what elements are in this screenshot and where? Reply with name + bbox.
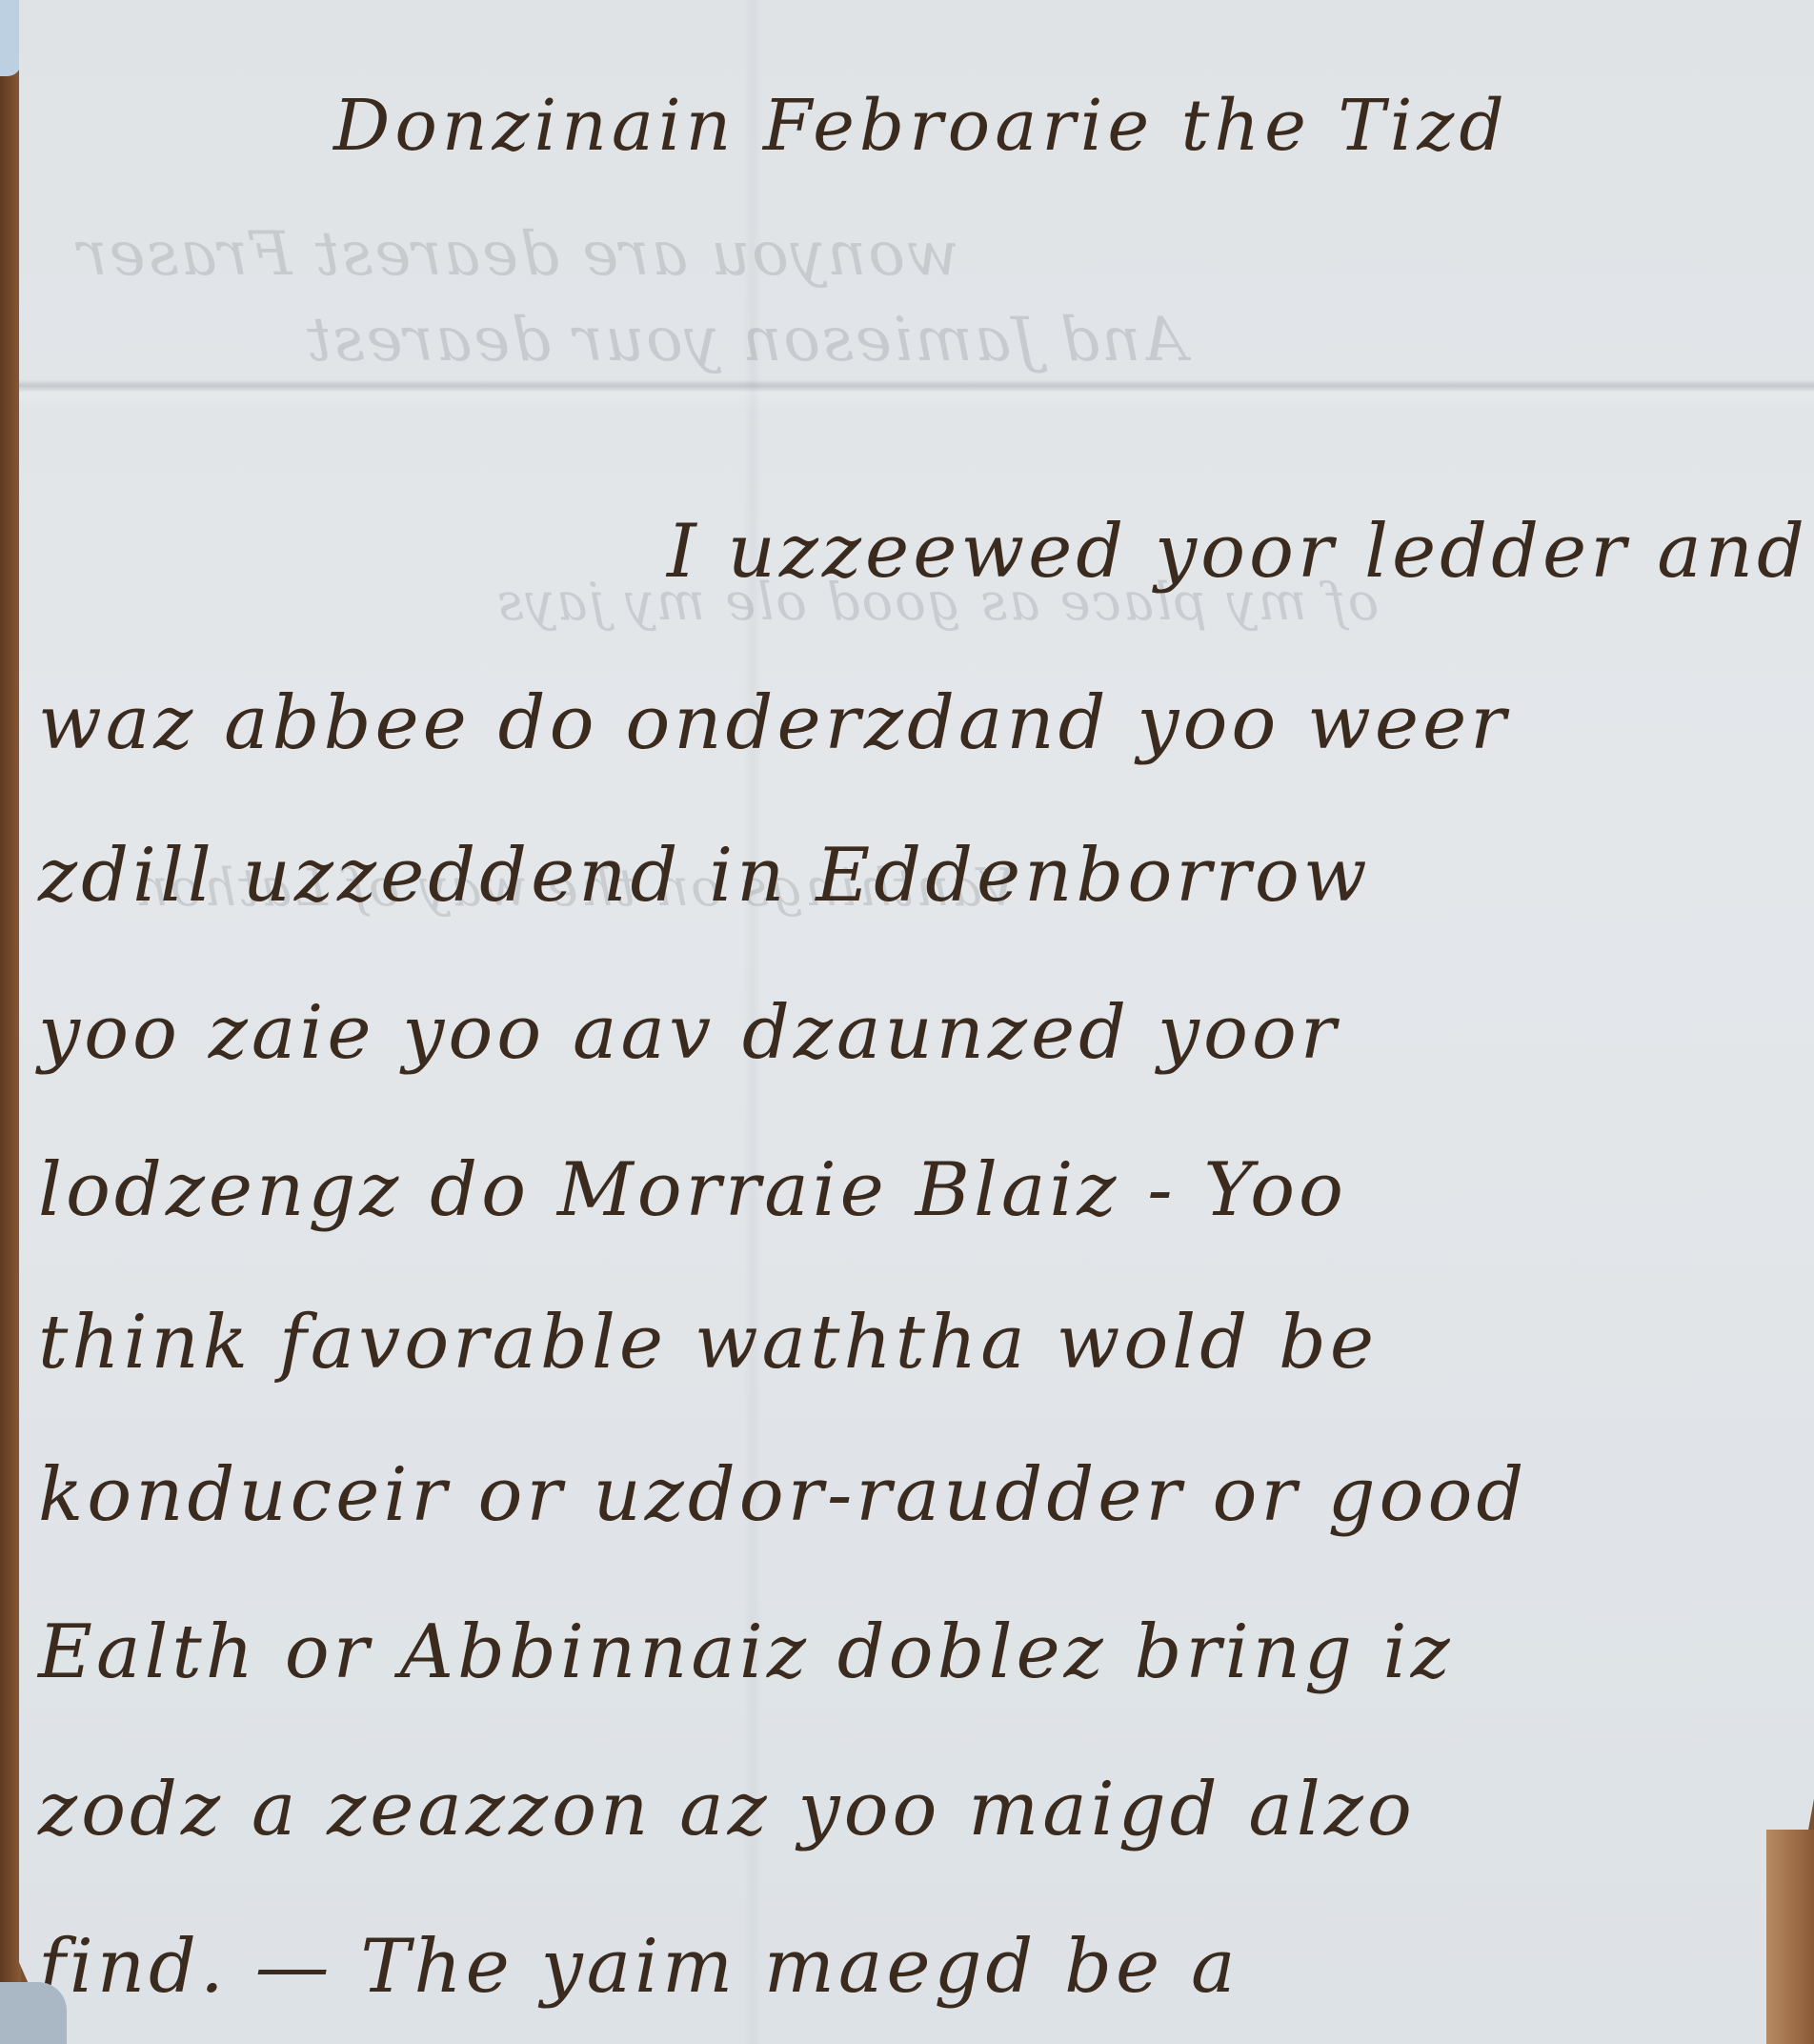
letter-line: I uzzeewed yoor ledder and (667, 515, 1808, 589)
table-surface-right (1766, 1830, 1814, 2044)
letter-line: lodzengz do Morraie Blaiz - Yoo (38, 1153, 1347, 1227)
cloth-corner-bottom-left (0, 1982, 67, 2044)
letter-line: zdill uzzeddend in Eddenborrow (38, 839, 1371, 913)
letter-line: find. — The yaim maegd be a (38, 1930, 1240, 2004)
table-surface-left (0, 0, 21, 2044)
letter-dateline: Donzinain Febroarie the Tizd (333, 91, 1509, 161)
letter-line: think favorable waththa wold be (38, 1305, 1378, 1380)
letter-line: konduceir or uzdor-raudder or good (38, 1458, 1527, 1532)
letter-line: waz abbee do onderzdand yoo weer (38, 686, 1510, 760)
cloth-corner-top-left (0, 0, 21, 76)
letter-line: yoo zaie yoo aav dzaunzed yoor (38, 996, 1340, 1070)
letter-paper: wonyou are dearest Fraser And Jamieson y… (19, 0, 1814, 2044)
letter-line: Ealth or Abbinnaiz doblez bring iz (38, 1615, 1454, 1690)
bleed-through-text: And Jamieson your dearest (305, 305, 1186, 375)
letter-line: zodz a zeazzon az yoo maigd alzo (38, 1772, 1416, 1847)
bleed-through-text: wonyou are dearest Fraser (76, 219, 959, 290)
